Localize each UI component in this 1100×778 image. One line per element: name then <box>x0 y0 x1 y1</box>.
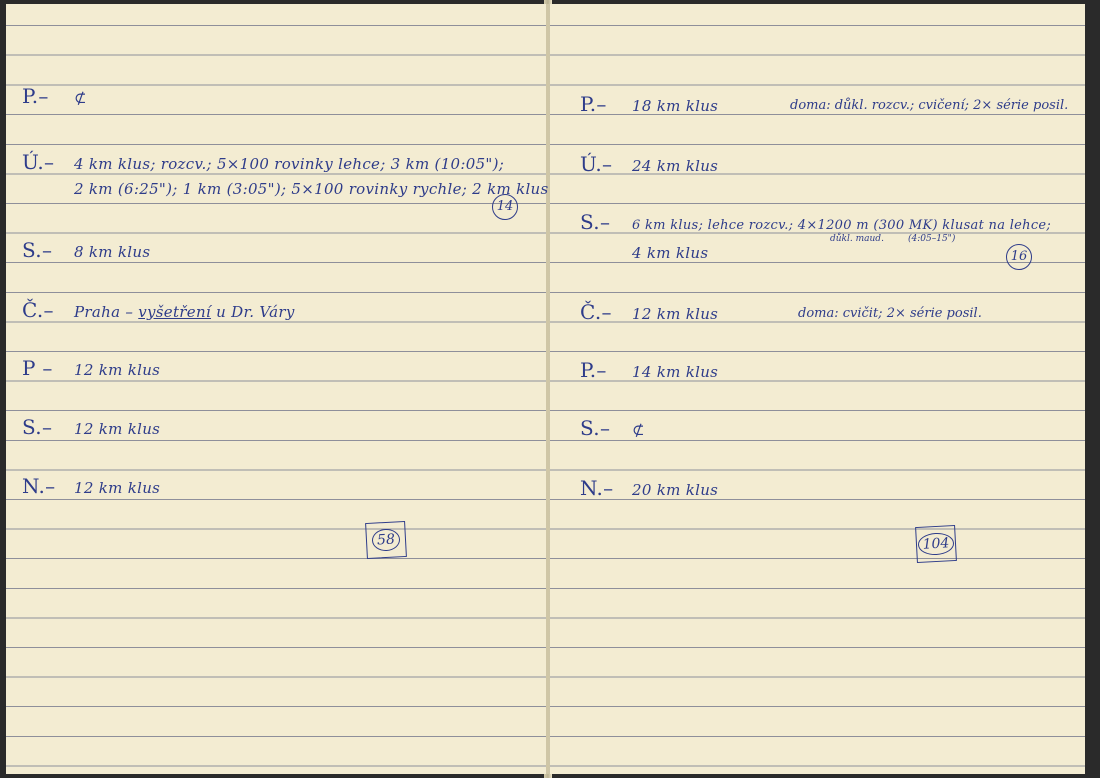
entry-text: ⊄ <box>74 89 87 107</box>
left-page: P.–⊄ Ú.–4 km klus; rozcv.; 5×100 rovinky… <box>6 4 549 774</box>
entry-text: u Dr. Váry <box>211 303 295 321</box>
right-page: P.–18 km klus doma: důkl. rozcv.; cvičen… <box>550 4 1085 774</box>
day-letter: Ú.– <box>580 152 632 176</box>
entry-text: 4 km klus; rozcv.; 5×100 rovinky lehce; … <box>74 155 504 173</box>
day-letter: N.– <box>580 476 632 500</box>
day-letter: Č.– <box>22 298 74 322</box>
entry-wednesday: S.–8 km klus <box>22 238 150 262</box>
circled-count: 16 <box>1006 244 1032 270</box>
entry-text: 14 km klus <box>632 363 718 381</box>
entry-text: 20 km klus <box>632 481 718 499</box>
entry-text: ⊄ <box>632 421 645 439</box>
entry-thursday: Č.–Praha – vyšetření u Dr. Váry <box>22 298 295 322</box>
day-letter: P.– <box>22 84 74 108</box>
entry-tuesday: Ú.–4 km klus; rozcv.; 5×100 rovinky lehc… <box>22 150 504 174</box>
entry-text: 2 km (6:25"); 1 km (3:05"); 5×100 rovink… <box>74 180 549 198</box>
entry-friday: P.–14 km klus <box>580 358 718 382</box>
page-total-box: 104 <box>915 525 957 563</box>
entry-text: 12 km klus <box>74 420 160 438</box>
page-total: 104 <box>917 532 955 556</box>
day-letter: P.– <box>580 92 632 116</box>
entry-friday: P –12 km klus <box>22 356 160 380</box>
entry-note: doma: cvičit; 2× série posil. <box>798 306 982 321</box>
page-total: 58 <box>372 528 401 551</box>
day-letter: Ú.– <box>22 150 74 174</box>
entry-saturday: S.–⊄ <box>580 416 645 440</box>
entry-monday: P.–⊄ <box>22 84 87 108</box>
entry-text-underlined: vyšetření <box>138 303 211 321</box>
entry-text: 8 km klus <box>74 243 150 261</box>
circled-count: 14 <box>492 194 518 220</box>
sub-note: důkl. maud. <box>830 234 884 244</box>
entry-text: Praha – <box>74 303 138 321</box>
entry-tuesday-cont: 2 km (6:25"); 1 km (3:05"); 5×100 rovink… <box>22 180 549 198</box>
sub-time: (4:05–15") <box>908 234 955 244</box>
entry-text: 24 km klus <box>632 157 718 175</box>
entry-thursday: Č.–12 km klus <box>580 300 718 324</box>
entry-saturday: S.–12 km klus <box>22 415 160 439</box>
entry-tuesday: Ú.–24 km klus <box>580 152 718 176</box>
day-letter: N.– <box>22 474 74 498</box>
day-letter: P – <box>22 356 74 380</box>
entry-text: 12 km klus <box>632 305 718 323</box>
page-total-box: 58 <box>365 521 407 559</box>
entry-sunday: N.–12 km klus <box>22 474 160 498</box>
entry-sunday: N.–20 km klus <box>580 476 718 500</box>
entry-text: 12 km klus <box>74 361 160 379</box>
day-letter: S.– <box>22 415 74 439</box>
day-letter: P.– <box>580 358 632 382</box>
day-letter: Č.– <box>580 300 632 324</box>
entry-text: 6 km klus; lehce rozcv.; 4×1200 m (300 M… <box>632 218 1051 233</box>
entry-text: 18 km klus <box>632 97 718 115</box>
entry-text: 4 km klus <box>632 244 708 262</box>
day-letter: S.– <box>580 416 632 440</box>
entry-text: 12 km klus <box>74 479 160 497</box>
entry-monday: P.–18 km klus <box>580 92 718 116</box>
day-letter: S.– <box>22 238 74 262</box>
entry-wednesday: S.–6 km klus; lehce rozcv.; 4×1200 m (30… <box>580 210 1051 234</box>
entry-wednesday-cont: 4 km klus <box>580 244 708 262</box>
day-letter: S.– <box>580 210 632 234</box>
entry-note: doma: důkl. rozcv.; cvičení; 2× série po… <box>790 98 1068 113</box>
